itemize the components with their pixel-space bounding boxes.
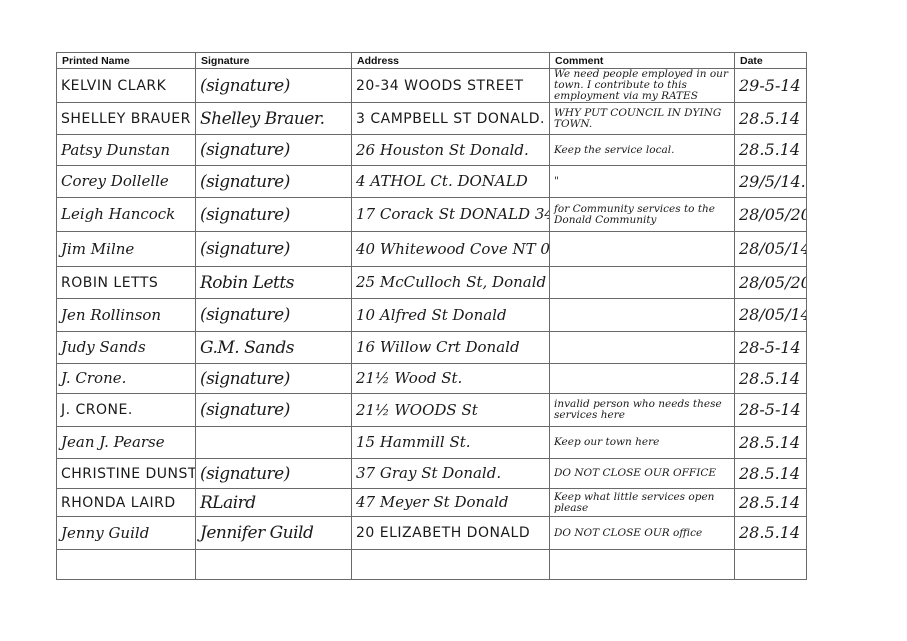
date-text: 28-5-14 [739,400,801,419]
cell-date: 29-5-14 [735,69,807,103]
address-text: 17 Corack St DONALD 3480 [356,205,550,223]
printed-name-text: Jenny Guild [61,524,149,542]
cell-signature: Shelley Brauer. [196,103,352,135]
printed-name-text: Jen Rollinson [61,306,161,324]
cell-comment [550,299,735,332]
signature-text: RLaird [200,493,256,513]
cell-printed-name: Corey Dollelle [57,166,196,198]
address-text: 15 Hammill St. [356,433,471,451]
cell-date: 28/05/2014 [735,267,807,299]
address-text: 37 Gray St Donald. [356,464,501,482]
cell-date: 29/5/14. [735,166,807,198]
address-text: 26 Houston St Donald. [356,141,529,159]
cell-date: 28.5.14 [735,517,807,550]
comment-text: for Community services to the Donald Com… [554,204,730,226]
cell-comment: " [550,166,735,198]
printed-name-text: Judy Sands [61,338,146,356]
table-row [57,550,807,580]
table-row: J. Crone.(signature)21½ Wood St.28.5.14 [57,364,807,394]
cell-printed-name: ROBIN LETTS [57,267,196,299]
table-row: Leigh Hancock(signature)17 Corack St DON… [57,198,807,232]
cell-comment: for Community services to the Donald Com… [550,198,735,232]
comment-text: DO NOT CLOSE OUR office [554,528,730,539]
petition-sheet: Printed Name Signature Address Comment D… [0,0,907,641]
cell-comment [550,267,735,299]
header-address: Address [352,53,550,69]
table-row: Jen Rollinson(signature)10 Alfred St Don… [57,299,807,332]
cell-printed-name: KELVIN CLARK [57,69,196,103]
date-text: 29/5/14. [739,172,806,191]
cell-date: 28.5.14 [735,364,807,394]
header-date: Date [735,53,807,69]
comment-text: Keep our town here [554,437,730,448]
cell-printed-name: Judy Sands [57,332,196,364]
cell-address: 16 Willow Crt Donald [352,332,550,364]
cell-address: 40 Whitewood Cove NT 0880 [352,232,550,267]
signature-text: Shelley Brauer. [200,109,325,129]
cell-address [352,550,550,580]
cell-printed-name: Jean J. Pearse [57,427,196,459]
cell-printed-name: J. Crone. [57,364,196,394]
signature-text: (signature) [200,172,290,192]
signature-table: Printed Name Signature Address Comment D… [56,52,807,580]
cell-printed-name: Jenny Guild [57,517,196,550]
signature-text: (signature) [200,464,290,484]
date-text: 28/05/14 [739,305,807,324]
cell-printed-name: Leigh Hancock [57,198,196,232]
cell-address: 37 Gray St Donald. [352,459,550,489]
header-row: Printed Name Signature Address Comment D… [57,53,807,69]
cell-signature: (signature) [196,459,352,489]
cell-signature: (signature) [196,135,352,166]
printed-name-text: Jean J. Pearse [61,433,165,451]
date-text: 28.5.14 [739,464,800,483]
cell-printed-name: Jim Milne [57,232,196,267]
cell-address: 4 ATHOL Ct. DONALD [352,166,550,198]
date-text: 28/05/14 [739,239,807,258]
cell-comment: Keep our town here [550,427,735,459]
signature-text: (signature) [200,205,290,225]
cell-printed-name: RHONDA LAIRD [57,489,196,517]
address-text: 20-34 WOODS STREET [356,78,524,94]
address-text: 16 Willow Crt Donald [356,338,520,356]
cell-signature: (signature) [196,69,352,103]
date-text: 28.5.14 [739,493,800,512]
date-text: 28.5.14 [739,369,800,388]
comment-text: " [554,176,730,187]
cell-date: 28.5.14 [735,135,807,166]
date-text: 28.5.14 [739,433,800,452]
cell-signature [196,550,352,580]
address-text: 21½ WOODS St [356,401,478,419]
printed-name-text: J. Crone. [61,369,126,387]
address-text: 10 Alfred St Donald [356,306,507,324]
cell-date: 28/05/2014 [735,198,807,232]
date-text: 28.5.14 [739,523,800,542]
printed-name-text: KELVIN CLARK [61,78,166,94]
date-text: 28.5.14 [739,140,800,159]
cell-address: 47 Meyer St Donald [352,489,550,517]
cell-signature: (signature) [196,232,352,267]
printed-name-text: SHELLEY BRAUER [61,111,191,127]
table-row: Jenny GuildJennifer Guild20 ELIZABETH DO… [57,517,807,550]
cell-comment: DO NOT CLOSE OUR office [550,517,735,550]
cell-printed-name: Jen Rollinson [57,299,196,332]
table-row: KELVIN CLARK(signature)20-34 WOODS STREE… [57,69,807,103]
comment-text: DO NOT CLOSE OUR OFFICE [554,468,730,479]
cell-signature: (signature) [196,198,352,232]
cell-address: 20 ELIZABETH DONALD [352,517,550,550]
address-text: 40 Whitewood Cove NT 0880 [356,240,550,258]
date-text: 28-5-14 [739,338,801,357]
table-row: J. CRONE.(signature)21½ WOODS Stinvalid … [57,394,807,427]
comment-text: Keep what little services open please [554,492,730,514]
address-text: 4 ATHOL Ct. DONALD [356,172,528,190]
table-row: RHONDA LAIRDRLaird47 Meyer St DonaldKeep… [57,489,807,517]
cell-comment: We need people employed in our town. I c… [550,69,735,103]
header-signature: Signature [196,53,352,69]
cell-printed-name: SHELLEY BRAUER [57,103,196,135]
cell-comment [550,550,735,580]
cell-comment: invalid person who needs these services … [550,394,735,427]
date-text: 29-5-14 [739,76,801,95]
cell-date: 28.5.14 [735,427,807,459]
cell-date: 28-5-14 [735,332,807,364]
printed-name-text: Leigh Hancock [61,205,175,223]
cell-comment: Keep what little services open please [550,489,735,517]
cell-printed-name: J. CRONE. [57,394,196,427]
cell-comment [550,364,735,394]
header-printed-name: Printed Name [57,53,196,69]
cell-address: 15 Hammill St. [352,427,550,459]
cell-address: 26 Houston St Donald. [352,135,550,166]
comment-text: We need people employed in our town. I c… [554,69,730,102]
cell-signature: (signature) [196,299,352,332]
printed-name-text: Corey Dollelle [61,172,169,190]
table-row: Corey Dollelle(signature)4 ATHOL Ct. DON… [57,166,807,198]
address-text: 47 Meyer St Donald [356,493,509,511]
cell-signature: Jennifer Guild [196,517,352,550]
printed-name-text: ROBIN LETTS [61,275,158,291]
cell-comment [550,232,735,267]
cell-signature: RLaird [196,489,352,517]
date-text: 28/05/2014 [739,273,807,292]
cell-address: 17 Corack St DONALD 3480 [352,198,550,232]
table-row: Judy SandsG.M. Sands16 Willow Crt Donald… [57,332,807,364]
cell-signature: G.M. Sands [196,332,352,364]
signature-text: (signature) [200,305,290,325]
cell-date: 28/05/14 [735,232,807,267]
address-text: 21½ Wood St. [356,369,462,387]
cell-signature: (signature) [196,394,352,427]
cell-date: 28.5.14 [735,489,807,517]
signature-text: (signature) [200,239,290,259]
comment-text: WHY PUT COUNCIL IN DYING TOWN. [554,108,730,130]
printed-name-text: Patsy Dunstan [61,141,170,159]
table-row: SHELLEY BRAUERShelley Brauer.3 CAMPBELL … [57,103,807,135]
cell-signature: (signature) [196,364,352,394]
table-row: CHRISTINE DUNSTAN(signature)37 Gray St D… [57,459,807,489]
printed-name-text: CHRISTINE DUNSTAN [61,466,196,482]
cell-signature: (signature) [196,166,352,198]
address-text: 20 ELIZABETH DONALD [356,525,530,541]
cell-comment: Keep the service local. [550,135,735,166]
address-text: 3 CAMPBELL ST DONALD. [356,111,545,127]
signature-text: Robin Letts [200,273,294,293]
cell-date: 28-5-14 [735,394,807,427]
table-row: Jean J. Pearse15 Hammill St.Keep our tow… [57,427,807,459]
cell-address: 3 CAMPBELL ST DONALD. [352,103,550,135]
header-comment: Comment [550,53,735,69]
cell-signature [196,427,352,459]
signature-text: (signature) [200,400,290,420]
signature-text: Jennifer Guild [200,523,313,543]
comment-text: invalid person who needs these services … [554,399,730,421]
cell-address: 21½ WOODS St [352,394,550,427]
cell-date: 28/05/14 [735,299,807,332]
table-row: ROBIN LETTSRobin Letts25 McCulloch St, D… [57,267,807,299]
signature-text: G.M. Sands [200,338,294,358]
cell-printed-name: Patsy Dunstan [57,135,196,166]
signature-text: (signature) [200,140,290,160]
cell-printed-name [57,550,196,580]
printed-name-text: Jim Milne [61,240,134,258]
table-row: Patsy Dunstan(signature)26 Houston St Do… [57,135,807,166]
printed-name-text: J. CRONE. [61,402,133,418]
signature-text: (signature) [200,76,290,96]
cell-date: 28.5.14 [735,103,807,135]
cell-comment [550,332,735,364]
cell-printed-name: CHRISTINE DUNSTAN [57,459,196,489]
date-text: 28/05/2014 [739,205,807,224]
cell-date: 28.5.14 [735,459,807,489]
cell-address: 21½ Wood St. [352,364,550,394]
cell-address: 20-34 WOODS STREET [352,69,550,103]
cell-signature: Robin Letts [196,267,352,299]
cell-comment: WHY PUT COUNCIL IN DYING TOWN. [550,103,735,135]
cell-comment: DO NOT CLOSE OUR OFFICE [550,459,735,489]
comment-text: Keep the service local. [554,145,730,156]
cell-date [735,550,807,580]
cell-address: 25 McCulloch St, Donald [352,267,550,299]
table-row: Jim Milne(signature)40 Whitewood Cove NT… [57,232,807,267]
signature-text: (signature) [200,369,290,389]
printed-name-text: RHONDA LAIRD [61,495,176,511]
address-text: 25 McCulloch St, Donald [356,273,546,291]
date-text: 28.5.14 [739,109,800,128]
cell-address: 10 Alfred St Donald [352,299,550,332]
